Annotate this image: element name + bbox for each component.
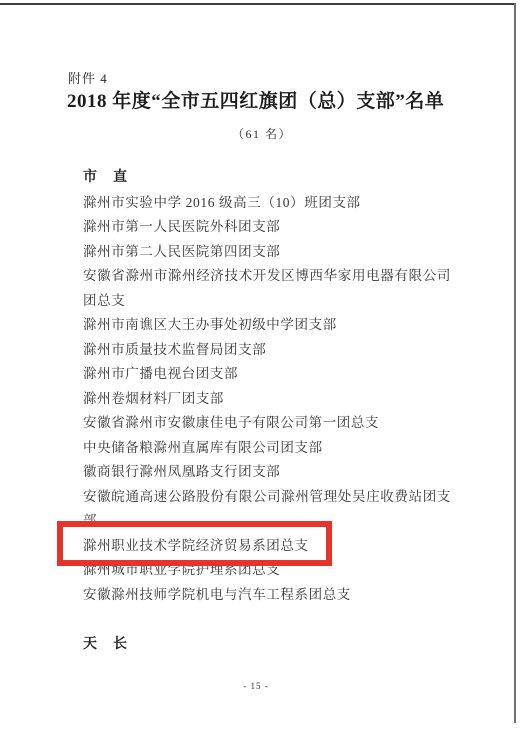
list-item: 滁州市实验中学 2016 级高三（10）班团支部: [83, 191, 451, 216]
list-item: 滁州市南谯区大王办事处初级中学团支部: [83, 313, 451, 338]
list-item: 安徽省滁州市滁州经济技术开发区博西华家用电器有限公司团总支: [83, 264, 451, 313]
list-item: 安徽滁州技师学院机电与汽车工程系团总支: [83, 583, 451, 608]
list-item: 滁州市广播电视台团支部: [83, 362, 451, 387]
list-item: 滁州市质量技术监督局团支部: [83, 338, 451, 363]
page-border-top: [0, 3, 516, 5]
list-item: 滁州卷烟材料厂团支部: [83, 387, 451, 412]
page-border-right: [514, 3, 516, 723]
document-title: 2018 年度“全市五四红旗团（总）支部”名单: [67, 88, 459, 116]
section-tianzhang: 天 长: [83, 633, 451, 658]
document-subtitle: （61 名）: [68, 125, 456, 142]
page-number: - 15 -: [0, 681, 512, 691]
section-heading-tianzhang: 天 长: [83, 633, 451, 658]
section-heading-shizhi: 市 直: [83, 166, 451, 191]
list-item: 安徽省滁州市安徽康佳电子有限公司第一团总支: [83, 411, 451, 436]
list-item: 滁州市第二人民医院第四团支部: [83, 240, 451, 265]
document-page: 附件 4 2018 年度“全市五四红旗团（总）支部”名单 （61 名） 市 直 …: [0, 0, 520, 731]
list-item: 徽商银行滁州凤凰路支行团支部: [83, 460, 451, 485]
attachment-label: 附件 4: [68, 68, 108, 87]
list-item: 滁州市第一人民医院外科团支部: [83, 215, 451, 240]
list-item: 中央储备粮滁州直属库有限公司团支部: [83, 436, 451, 461]
highlight-box: [57, 521, 332, 566]
